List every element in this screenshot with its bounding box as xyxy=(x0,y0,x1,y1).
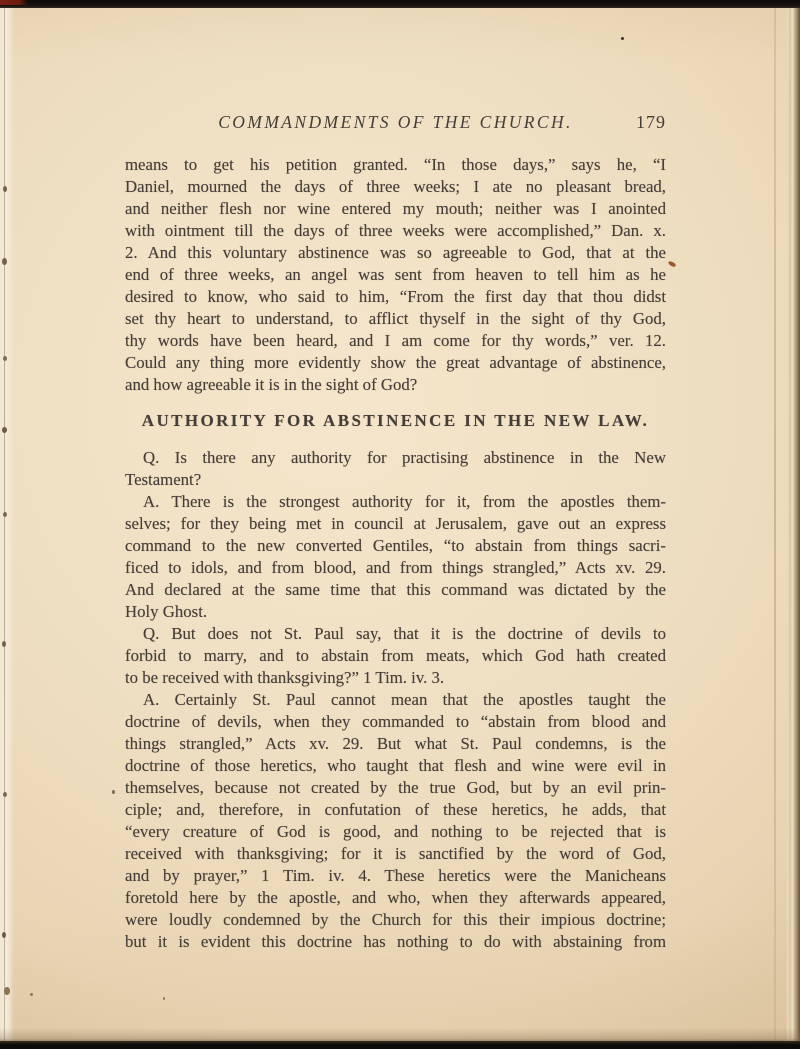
scan-top-bar xyxy=(0,0,800,8)
binding-nick xyxy=(3,186,7,192)
ink-speck xyxy=(112,790,115,794)
text-line: with ointment till the days of three wee… xyxy=(125,220,666,242)
scanned-book-page: COMMANDMENTS OF THE CHURCH. 179 means to… xyxy=(0,0,800,1049)
scan-bottom-bar xyxy=(0,1041,800,1049)
page-body-text: means to get his petition granted. “In t… xyxy=(125,154,666,953)
text-line: “every creature of God is good, and noth… xyxy=(125,821,666,843)
ink-dot xyxy=(621,37,624,40)
text-line: and neither flesh nor wine entered my mo… xyxy=(125,198,666,220)
running-header: COMMANDMENTS OF THE CHURCH. 179 xyxy=(125,112,666,138)
binding-edge xyxy=(0,8,14,1041)
page-crease xyxy=(774,8,776,1041)
scan-bottom-shadow xyxy=(0,1028,800,1041)
text-line: and how agreeable it is in the sight of … xyxy=(125,374,666,396)
text-line: things strangled,” Acts xv. 29. But what… xyxy=(125,733,666,755)
text-line: A. Certainly St. Paul cannot mean that t… xyxy=(125,689,666,711)
text-line: desired to know, who said to him, “From … xyxy=(125,286,666,308)
paragraph: Q. Is there any authority for practising… xyxy=(125,447,666,491)
text-line: ciple; and, therefore, in confutation of… xyxy=(125,799,666,821)
text-line: forbid to marry, and to abstain from mea… xyxy=(125,645,666,667)
binding-line xyxy=(4,8,5,1041)
page-number: 179 xyxy=(636,112,666,133)
section-heading: AUTHORITY FOR ABSTINENCE IN THE NEW LAW. xyxy=(125,410,666,432)
paragraph: means to get his petition granted. “In t… xyxy=(125,154,666,396)
paper-speck xyxy=(30,993,33,996)
binding-nick xyxy=(4,987,10,995)
text-line: ficed to idols, and from blood, and from… xyxy=(125,557,666,579)
text-line: means to get his petition granted. “In t… xyxy=(125,154,666,176)
text-line: end of three weeks, an angel was sent fr… xyxy=(125,264,666,286)
text-line: A. There is the strongest authority for … xyxy=(125,491,666,513)
text-line: Holy Ghost. xyxy=(125,601,666,623)
text-line: 2. And this voluntary abstinence was so … xyxy=(125,242,666,264)
paragraph: A. There is the strongest authority for … xyxy=(125,491,666,623)
text-line: command to the new converted Gentiles, “… xyxy=(125,535,666,557)
text-line: and by prayer,” 1 Tim. iv. 4. These here… xyxy=(125,865,666,887)
text-line: doctrine of devils, when they commanded … xyxy=(125,711,666,733)
paragraph: A. Certainly St. Paul cannot mean that t… xyxy=(125,689,666,953)
text-line: Testament? xyxy=(125,469,666,491)
text-line: received with thanksgiving; for it is sa… xyxy=(125,843,666,865)
binding-nick xyxy=(2,932,6,938)
text-line: Daniel, mourned the days of three weeks;… xyxy=(125,176,666,198)
text-line: And declared at the same time that this … xyxy=(125,579,666,601)
running-header-title: COMMANDMENTS OF THE CHURCH. xyxy=(125,112,666,133)
text-line: Q. But does not St. Paul say, that it is… xyxy=(125,623,666,645)
text-line: Could any thing more evidently show the … xyxy=(125,352,666,374)
binding-nick xyxy=(2,427,7,433)
scan-top-red-mark xyxy=(0,0,28,5)
text-line: Q. Is there any authority for practising… xyxy=(125,447,666,469)
text-line: but it is evident this doctrine has noth… xyxy=(125,931,666,953)
page-stack-edge xyxy=(786,8,800,1041)
binding-nick xyxy=(3,792,7,797)
paper-speck xyxy=(163,997,165,1000)
text-line: thy words have been heard, and I am come… xyxy=(125,330,666,352)
binding-nick xyxy=(3,512,7,517)
rust-speck xyxy=(668,260,677,268)
text-line: to be received with thanksgiving?” 1 Tim… xyxy=(125,667,666,689)
text-line: doctrine of those heretics, who taught t… xyxy=(125,755,666,777)
text-line: set thy heart to understand, to afflict … xyxy=(125,308,666,330)
text-line: foretold here by the apostle, and who, w… xyxy=(125,887,666,909)
text-line: themselves, because not created by the t… xyxy=(125,777,666,799)
paragraph: Q. But does not St. Paul say, that it is… xyxy=(125,623,666,689)
binding-nick xyxy=(2,258,7,265)
text-line: were loudly condemned by the Church for … xyxy=(125,909,666,931)
binding-nick xyxy=(2,641,6,647)
binding-nick xyxy=(3,356,7,361)
text-line: selves; for they being met in council at… xyxy=(125,513,666,535)
